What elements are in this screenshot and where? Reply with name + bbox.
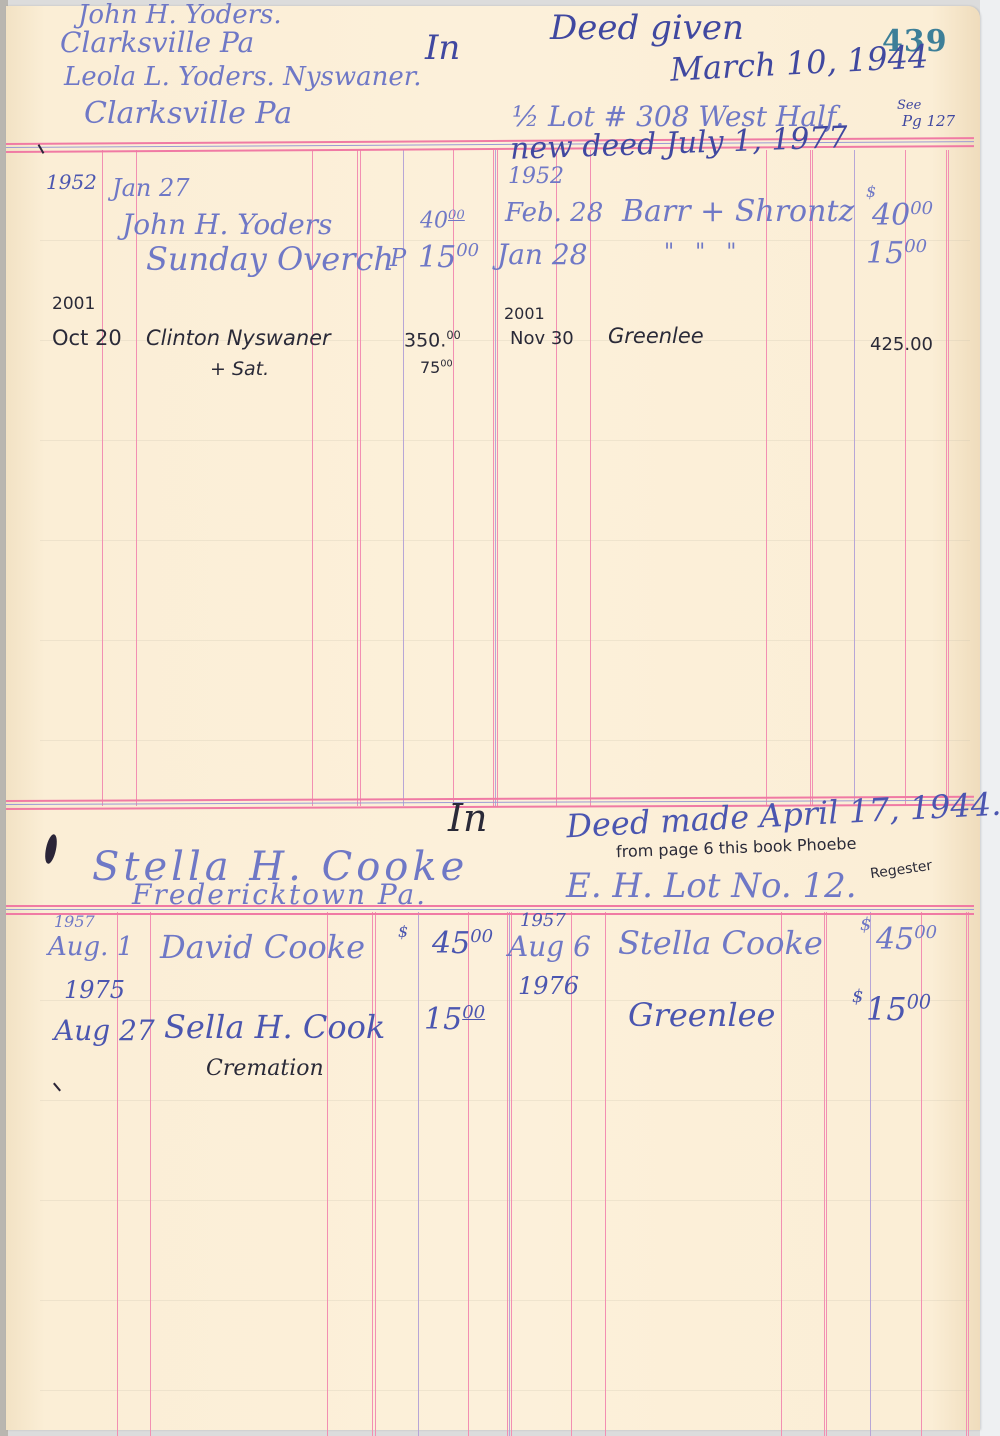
entry-year: 1976 — [518, 972, 579, 1000]
ditto-marks: " " " — [664, 240, 736, 265]
entry-name: Sella H. Cook — [164, 1008, 385, 1046]
entry-currency: $ — [852, 986, 863, 1007]
entry-year: 1975 — [64, 976, 125, 1004]
entry-currency: $ — [398, 922, 408, 941]
second-owner-name: Leola L. Yoders. Nyswaner. — [64, 62, 422, 92]
entry-amount: 7500 — [420, 358, 453, 377]
entry-date: Jan 28 — [497, 238, 587, 271]
entry-amount: 4000 — [420, 208, 465, 233]
entry-date: Aug. 1 — [48, 932, 133, 962]
entry-name: Sunday Overch — [146, 240, 394, 278]
see-note: See — [897, 98, 921, 113]
entry-amount: 4500 — [876, 922, 937, 957]
entry-date: Nov 30 — [510, 328, 574, 349]
entry-year: 1952 — [46, 170, 97, 194]
entry-year: 2001 — [504, 304, 545, 323]
entry-date: Oct 20 — [52, 326, 122, 350]
entry-note: Cremation — [206, 1056, 324, 1081]
deed-given-note: Deed given — [550, 8, 744, 48]
entry-currency: $ — [860, 914, 871, 935]
owner-town: Clarksville Pa — [60, 26, 254, 59]
entry-date: Aug 27 — [54, 1014, 155, 1047]
entry-name: Clinton Nyswaner — [146, 326, 331, 350]
entry-name: + Sat. — [210, 358, 269, 380]
entry-name: Greenlee — [608, 324, 704, 348]
in-label: In — [425, 28, 460, 68]
entry-name: David Cooke — [160, 928, 365, 966]
entry-amount: 1500 — [866, 990, 931, 1028]
owner-town: Fredericktown Pa. — [132, 878, 427, 911]
entry-name: Greenlee — [628, 996, 775, 1034]
see-page-note: Pg 127 — [902, 112, 955, 130]
entry-amount: 4000 — [872, 198, 933, 233]
entry-amount: 1500 — [418, 240, 479, 275]
second-owner-town: Clarksville Pa — [84, 96, 292, 131]
lot-note: E. H. Lot No. 12. — [566, 866, 857, 906]
entry-name: Barr + Shrontz — [622, 194, 854, 229]
entry-year: 1957 — [54, 912, 95, 931]
entry-date: Aug 6 — [508, 930, 591, 963]
entry-name: John H. Yoders — [122, 208, 332, 241]
entry-amount: 1500 — [866, 236, 927, 271]
entry-prefix: P — [390, 244, 406, 272]
in-label: In — [448, 796, 487, 840]
entry-year: 2001 — [52, 294, 95, 314]
scan-border-right — [980, 0, 1000, 1436]
entry-amount: 4500 — [432, 926, 493, 961]
entry-name: Stella Cooke — [618, 924, 823, 962]
entry-year: 1952 — [508, 164, 564, 189]
entry-amount: 1500 — [424, 1002, 485, 1037]
entry-amount: 425.00 — [870, 334, 933, 355]
entry-amount: 350.00 — [404, 328, 461, 351]
entry-date: Jan 27 — [112, 174, 190, 202]
entry-year: 1957 — [520, 910, 566, 931]
entry-date: Feb. 28 — [505, 198, 603, 228]
